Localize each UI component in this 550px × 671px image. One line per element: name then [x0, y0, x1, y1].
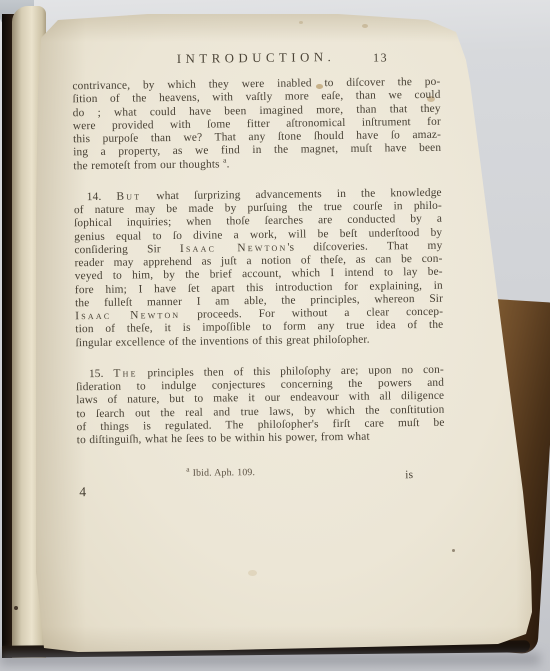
- paragraph: contrivance, by which they were inabled …: [72, 76, 441, 173]
- page-number: 13: [373, 51, 388, 64]
- catchword: is: [405, 469, 413, 482]
- ink-speck: [452, 549, 455, 552]
- paragraphs: contrivance, by which they were inabled …: [72, 76, 444, 448]
- ink-speck: [14, 606, 18, 610]
- foxing-stain: [248, 570, 257, 576]
- foxing-stain: [299, 21, 303, 24]
- foxing-stain: [362, 24, 368, 28]
- paragraph: 15. The principles then of this philoſop…: [76, 363, 445, 447]
- printed-text-block: INTRODUCTION. 13 contrivance, by which t…: [72, 50, 446, 524]
- photo-of-open-book: INTRODUCTION. 13 contrivance, by which t…: [0, 0, 550, 671]
- footnote: a Ibid. Aph. 109.: [77, 465, 364, 482]
- paragraph: 14. But what ſurprizing advancements in …: [74, 186, 444, 349]
- signature-mark: 4: [79, 485, 86, 498]
- book-shadow: [0, 653, 540, 665]
- page-header: INTRODUCTION. 13: [72, 50, 440, 70]
